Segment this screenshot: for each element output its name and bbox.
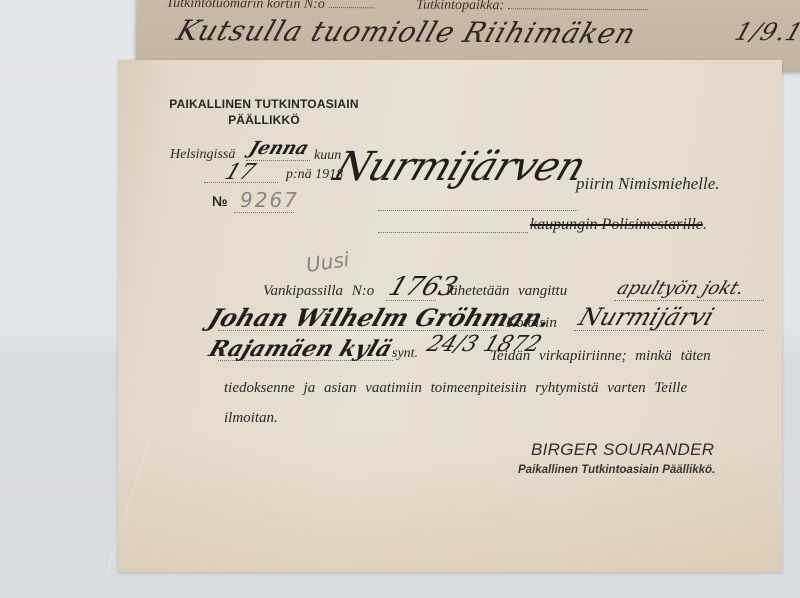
signature-title: Paikallinen Tutkintoasiain Päällikkö.: [518, 464, 715, 476]
district-field-line: [378, 210, 578, 211]
month-handwritten: Jenna: [246, 138, 311, 159]
district-handwritten: Nurmijärven: [328, 144, 592, 190]
home-label: Kotoisin: [506, 315, 557, 332]
struck-alternative: kaupungin Polisimestarille.: [530, 216, 707, 234]
number-handwritten: 9267: [240, 188, 299, 212]
prisoner-name-handwritten: Johan Wilhelm Gröhman.: [205, 303, 555, 332]
body-line3: Teidän virkapiiriinne; minkä täten: [490, 348, 711, 365]
main-document-card: PAIKALLINEN TUTKINTOASIAIN PÄÄLLIKKÖ Hel…: [118, 60, 782, 572]
born-label: synt.: [392, 346, 418, 362]
number-sign: №: [212, 193, 228, 209]
letterhead-line1: PAIKALLINEN TUTKINTOASIAIN: [164, 96, 364, 112]
body-line5: ilmoitan.: [224, 410, 278, 427]
pencil-annotation: Uusi: [305, 247, 351, 277]
back-place-label: Tutkintopaikka:: [416, 0, 652, 15]
body-line4: tiedoksenne ja asian vaatimiin toimeenpi…: [224, 380, 687, 397]
back-handwritten-date: 1/9.1: [731, 18, 800, 46]
back-card-number-label: Tutkintotuomarin kortin N:o: [166, 0, 378, 13]
letterhead-line2: PÄÄLLIKKÖ: [164, 112, 364, 128]
place-label: Helsingissä: [170, 147, 235, 163]
occupation-field-line: [614, 300, 764, 301]
back-handwritten-note: Kutsulla tuomiolle Riihimäken: [173, 14, 641, 50]
passport-label: Vankipassilla N:o: [263, 283, 374, 300]
district-suffix: piirin Nimismiehelle.: [576, 174, 720, 194]
letterhead: PAIKALLINEN TUTKINTOASIAIN PÄÄLLIKKÖ: [164, 96, 364, 128]
occupation-handwritten: apultyön jokt.: [614, 278, 747, 299]
home-handwritten: Nurmijärvi: [575, 303, 718, 331]
paper-crease: [107, 440, 211, 572]
number-field-line: [234, 212, 294, 213]
signature-name: BIRGER SOURANDER: [531, 440, 714, 460]
sent-text: lähetetään vangittu: [446, 283, 567, 300]
village-handwritten: Rajamäen kylä: [205, 336, 396, 362]
city-field-line: [378, 232, 528, 233]
